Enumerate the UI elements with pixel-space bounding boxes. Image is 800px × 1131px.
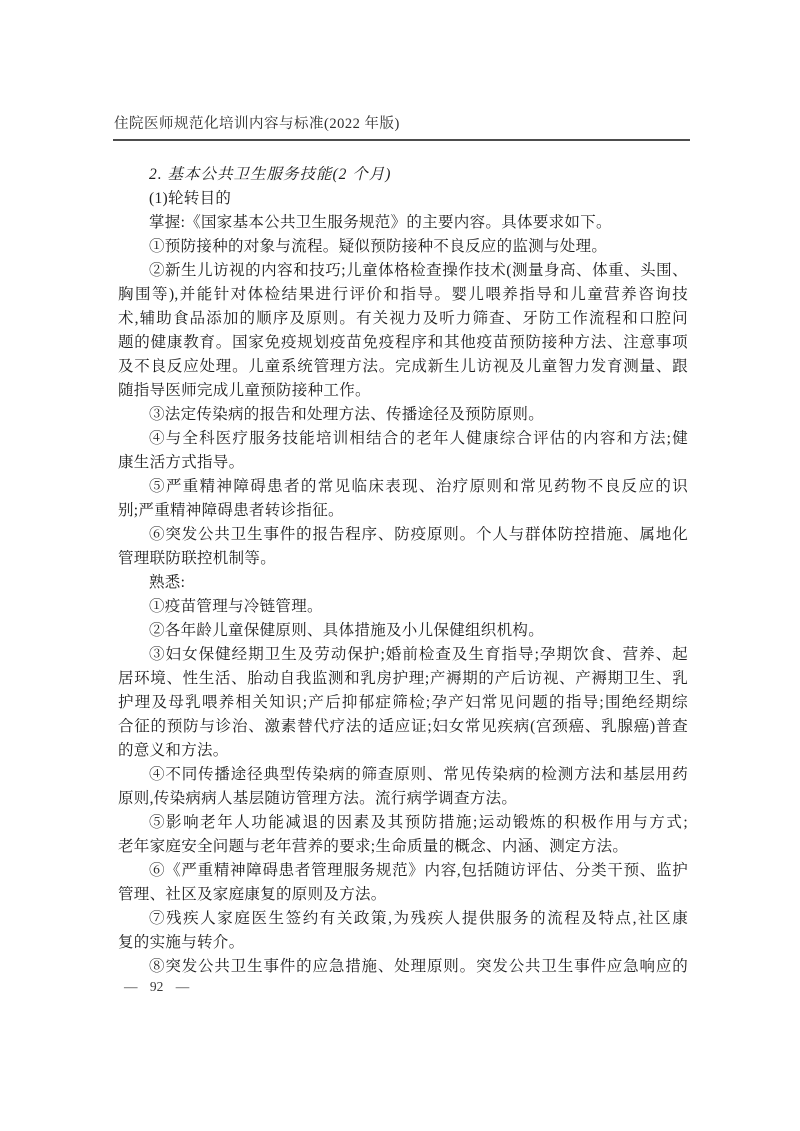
text-line: 管理联防联控机制等。 — [118, 547, 688, 571]
text-line: 随指导医师完成儿童预防接种工作。 — [118, 379, 688, 403]
text-line: ①疫苗管理与冷链管理。 — [118, 595, 688, 619]
text-line: 题的健康教育。国家免疫规划疫苗免疫程序和其他疫苗预防接种方法、注意事项 — [118, 331, 688, 355]
page-number: — 92 — — [124, 978, 189, 996]
text-line: ②各年龄儿童保健原则、具体措施及小儿保健组织机构。 — [118, 619, 688, 643]
text-line: 管理、社区及家庭康复的原则及方法。 — [118, 883, 688, 907]
text-line: (1)轮转目的 — [118, 187, 688, 211]
text-line: 术,辅助食品添加的顺序及原则。有关视力及听力筛查、牙防工作流程和口腔问 — [118, 307, 688, 331]
text-line: 胸围等),并能针对体检结果进行评价和指导。婴儿喂养指导和儿童营养咨询技 — [118, 283, 688, 307]
document-body: 2. 基本公共卫生服务技能(2 个月)(1)轮转目的掌握:《国家基本公共卫生服务… — [118, 163, 688, 979]
text-line: 2. 基本公共卫生服务技能(2 个月) — [118, 163, 688, 187]
text-line: ⑧突发公共卫生事件的应急措施、处理原则。突发公共卫生事件应急响应的 — [118, 955, 688, 979]
text-line: ⑥突发公共卫生事件的报告程序、防疫原则。个人与群体防控措施、属地化 — [118, 523, 688, 547]
text-line: 康生活方式指导。 — [118, 451, 688, 475]
text-line: ③妇女保健经期卫生及劳动保护;婚前检查及生育指导;孕期饮食、营养、起 — [118, 643, 688, 667]
text-line: 复的实施与转介。 — [118, 931, 688, 955]
text-line: 老年家庭安全问题与老年营养的要求;生命质量的概念、内涵、测定方法。 — [118, 835, 688, 859]
text-line: ④与全科医疗服务技能培训相结合的老年人健康综合评估的内容和方法;健 — [118, 427, 688, 451]
text-line: 掌握:《国家基本公共卫生服务规范》的主要内容。具体要求如下。 — [118, 211, 688, 235]
text-line: ④不同传播途径典型传染病的筛查原则、常见传染病的检测方法和基层用药 — [118, 763, 688, 787]
text-line: 及不良反应处理。儿童系统管理方法。完成新生儿访视及儿童智力发育测量、跟 — [118, 355, 688, 379]
header-rule — [113, 139, 690, 141]
text-line: 的意义和方法。 — [118, 739, 688, 763]
text-line: 原则,传染病病人基层随访管理方法。流行病学调查方法。 — [118, 787, 688, 811]
text-line: ①预防接种的对象与流程。疑似预防接种不良反应的监测与处理。 — [118, 235, 688, 259]
text-line: ②新生儿访视的内容和技巧;儿童体格检查操作技术(测量身高、体重、头围、 — [118, 259, 688, 283]
text-line: 熟悉: — [118, 571, 688, 595]
text-line: ⑥《严重精神障碍患者管理服务规范》内容,包括随访评估、分类干预、监护人 — [118, 859, 688, 883]
running-header: 住院医师规范化培训内容与标准(2022 年版) — [114, 116, 400, 132]
text-line: 居环境、性生活、胎动自我监测和乳房护理;产褥期的产后访视、产褥期卫生、乳房 — [118, 667, 688, 691]
text-line: ⑤影响老年人功能减退的因素及其预防措施;运动锻炼的积极作用与方式; — [118, 811, 688, 835]
text-line: ⑤严重精神障碍患者的常见临床表现、治疗原则和常见药物不良反应的识 — [118, 475, 688, 499]
text-line: ③法定传染病的报告和处理方法、传播途径及预防原则。 — [118, 403, 688, 427]
document-page: 住院医师规范化培训内容与标准(2022 年版) 2. 基本公共卫生服务技能(2 … — [0, 0, 800, 1131]
text-line: ⑦残疾人家庭医生签约有关政策,为残疾人提供服务的流程及特点,社区康 — [118, 907, 688, 931]
text-line: 别;严重精神障碍患者转诊指征。 — [118, 499, 688, 523]
text-line: 合征的预防与诊治、激素替代疗法的适应证;妇女常见疾病(宫颈癌、乳腺癌)普查 — [118, 715, 688, 739]
text-line: 护理及母乳喂养相关知识;产后抑郁症筛检;孕产妇常见问题的指导;围绝经期综 — [118, 691, 688, 715]
